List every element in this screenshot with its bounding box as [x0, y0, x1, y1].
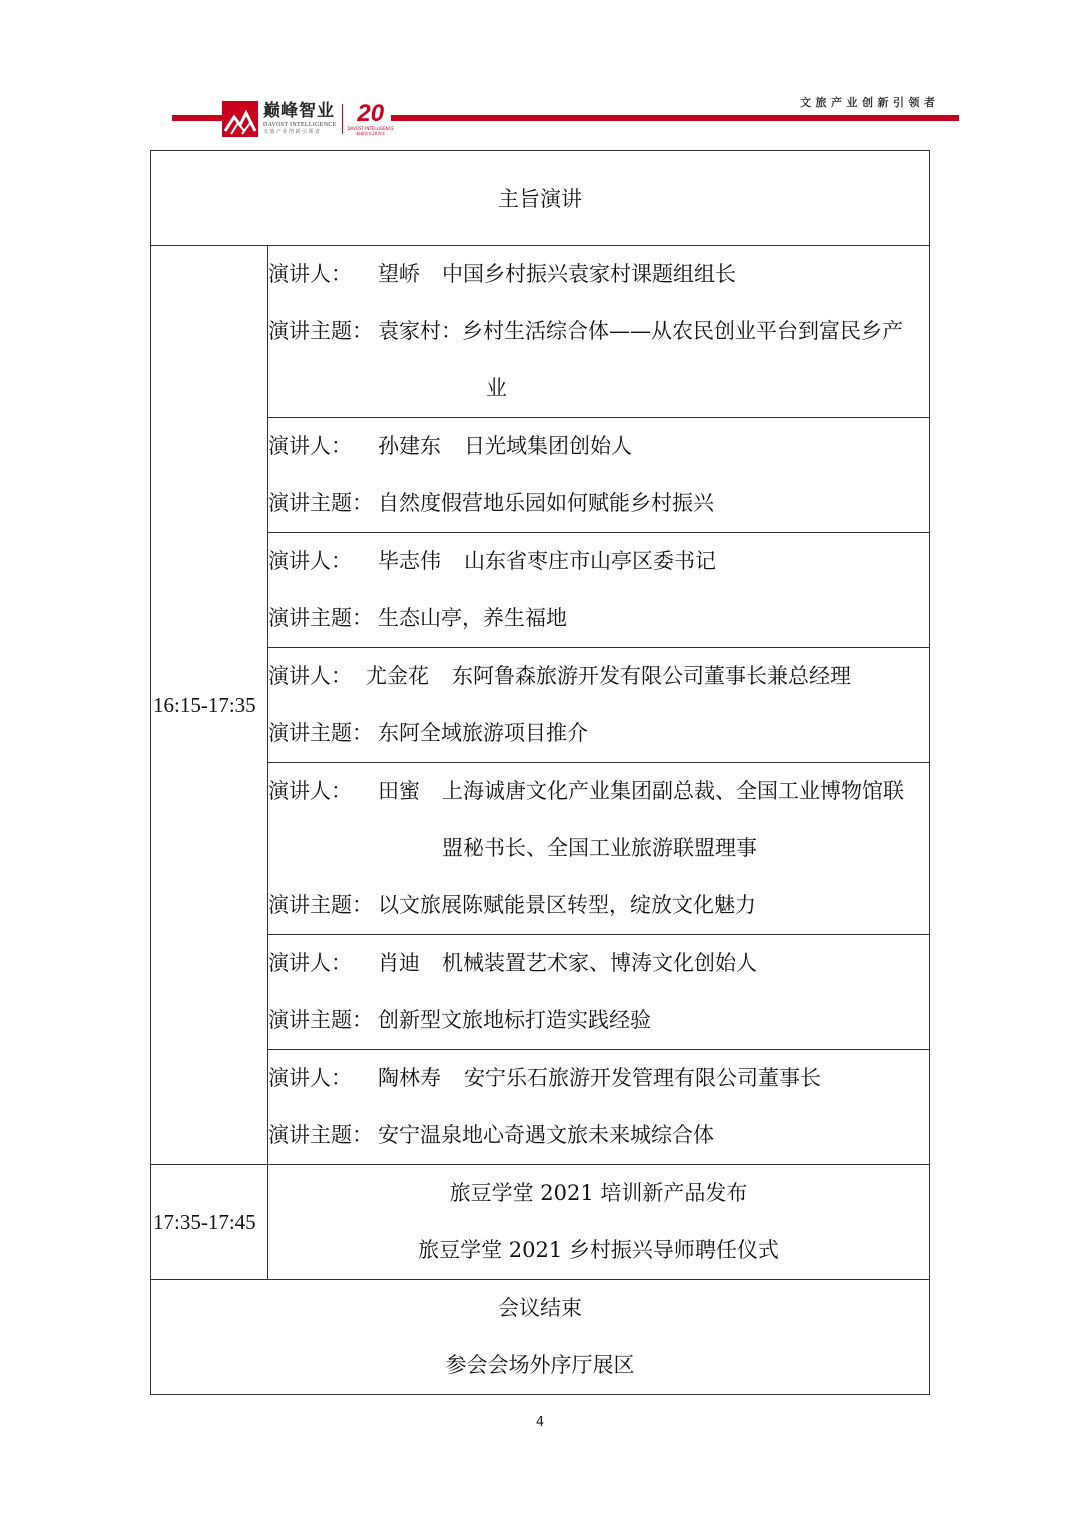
speaker-name: 望峤 — [378, 246, 442, 303]
speaker-name: 肖迪 — [378, 935, 442, 992]
table-row: 演讲人：肖迪机械装置艺术家、博涛文化创始人 演讲主题：创新型文旅地标打造实践经验 — [151, 935, 930, 1050]
header-rule-left — [172, 115, 224, 121]
session-3: 演讲人：毕志伟山东省枣庄市山亭区委书记 演讲主题：生态山亭，养生福地 — [268, 533, 930, 648]
speech-topic: 袁家村：乡村生活综合体——从农民创业平台到富民乡产 — [378, 303, 903, 360]
speech-topic: 自然度假营地乐园如何赋能乡村振兴 — [378, 475, 714, 532]
topic-label: 演讲主题： — [268, 590, 378, 647]
header-rule-right — [391, 115, 959, 121]
anniversary-sub-cn: 巅峰智业20周年 — [356, 131, 385, 136]
closing-cell: 会议结束 参会会场外序厅展区 — [151, 1280, 930, 1395]
speaker-title: 中国乡村振兴袁家村课题组组长 — [442, 246, 736, 303]
speaker-label: 演讲人： — [268, 763, 378, 820]
keynote-time: 16:15-17:35 — [151, 246, 268, 1165]
speaker-label: 演讲人： — [268, 246, 378, 303]
release-time: 17:35-17:45 — [151, 1165, 268, 1280]
speaker-label: 演讲人： — [268, 418, 378, 475]
topic-label: 演讲主题： — [268, 303, 378, 360]
session-7: 演讲人：陶林寿安宁乐石旅游开发管理有限公司董事长 演讲主题：安宁温泉地心奇遇文旅… — [268, 1050, 930, 1165]
speaker-title: 安宁乐石旅游开发管理有限公司董事长 — [464, 1050, 821, 1107]
speaker-label: 演讲人： — [268, 648, 366, 705]
table-row: 演讲人：毕志伟山东省枣庄市山亭区委书记 演讲主题：生态山亭，养生福地 — [151, 533, 930, 648]
speech-topic: 东阿全域旅游项目推介 — [378, 705, 588, 762]
table-row: 演讲人：陶林寿安宁乐石旅游开发管理有限公司董事长 演讲主题：安宁温泉地心奇遇文旅… — [151, 1050, 930, 1165]
logo-divider — [342, 104, 343, 134]
speech-topic-cont: 业 — [486, 360, 507, 417]
speech-topic: 安宁温泉地心奇遇文旅未来城综合体 — [378, 1107, 714, 1164]
session-4: 演讲人：尤金花东阿鲁森旅游开发有限公司董事长兼总经理 演讲主题：东阿全域旅游项目… — [268, 648, 930, 763]
table-row: 会议结束 参会会场外序厅展区 — [151, 1280, 930, 1395]
speaker-title: 日光域集团创始人 — [464, 418, 632, 475]
closing-line: 会议结束 — [151, 1280, 929, 1337]
topic-label: 演讲主题： — [268, 992, 378, 1049]
speaker-title-cont: 盟秘书长、全国工业旅游联盟理事 — [442, 820, 757, 877]
speaker-label: 演讲人： — [268, 935, 378, 992]
agenda-table: 主旨演讲 16:15-17:35 演讲人：望峤中国乡村振兴袁家村课题组组长 演讲… — [150, 150, 930, 1395]
logo-slogan: 文旅产业创新引领者 — [263, 129, 337, 136]
header-tagline: 文旅产业创新引领者 — [800, 94, 940, 110]
topic-label: 演讲主题： — [268, 705, 378, 762]
session-5: 演讲人：田蜜上海诚唐文化产业集团副总裁、全国工业博物馆联 盟秘书长、全国工业旅游… — [268, 763, 930, 935]
speaker-name: 田蜜 — [378, 763, 442, 820]
speaker-name: 孙建东 — [378, 418, 464, 475]
section-title-row: 主旨演讲 — [151, 151, 930, 246]
table-row: 17:35-17:45 旅豆学堂 2021 培训新产品发布 旅豆学堂 2021 … — [151, 1165, 930, 1280]
speaker-name: 毕志伟 — [378, 533, 464, 590]
topic-label: 演讲主题： — [268, 877, 378, 934]
topic-label: 演讲主题： — [268, 475, 378, 532]
page-number: 4 — [0, 1415, 1080, 1430]
release-item: 旅豆学堂 2021 乡村振兴导师聘任仪式 — [268, 1222, 929, 1279]
speaker-label: 演讲人： — [268, 533, 378, 590]
logo-chinese-name: 巅峰智业 — [263, 102, 337, 121]
speaker-label: 演讲人： — [268, 1050, 378, 1107]
speaker-name: 尤金花 — [366, 648, 452, 705]
speaker-name: 陶林寿 — [378, 1050, 464, 1107]
speech-topic: 生态山亭，养生福地 — [378, 590, 567, 647]
table-row: 演讲人：孙建东日光域集团创始人 演讲主题：自然度假营地乐园如何赋能乡村振兴 — [151, 418, 930, 533]
speaker-title: 机械装置艺术家、博涛文化创始人 — [442, 935, 757, 992]
speech-topic: 以文旅展陈赋能景区转型，绽放文化魅力 — [378, 877, 756, 934]
session-1: 演讲人：望峤中国乡村振兴袁家村课题组组长 演讲主题：袁家村：乡村生活综合体——从… — [268, 246, 930, 418]
session-6: 演讲人：肖迪机械装置艺术家、博涛文化创始人 演讲主题：创新型文旅地标打造实践经验 — [268, 935, 930, 1050]
speaker-title: 山东省枣庄市山亭区委书记 — [464, 533, 716, 590]
release-items: 旅豆学堂 2021 培训新产品发布 旅豆学堂 2021 乡村振兴导师聘任仪式 — [268, 1165, 930, 1280]
closing-line: 参会会场外序厅展区 — [151, 1337, 929, 1394]
anniversary-badge: 20 DAVOST INTELLIGENCE 巅峰智业20周年 — [348, 102, 394, 136]
logo-english-name: DAVOST INTELLIGENCE — [263, 121, 337, 129]
release-item: 旅豆学堂 2021 培训新产品发布 — [268, 1165, 929, 1222]
table-row: 演讲人：田蜜上海诚唐文化产业集团副总裁、全国工业博物馆联 盟秘书长、全国工业旅游… — [151, 763, 930, 935]
speech-topic: 创新型文旅地标打造实践经验 — [378, 992, 651, 1049]
speaker-title: 东阿鲁森旅游开发有限公司董事长兼总经理 — [452, 648, 851, 705]
company-logo: 巅峰智业 DAVOST INTELLIGENCE 文旅产业创新引领者 20 DA… — [222, 98, 394, 140]
section-title: 主旨演讲 — [151, 151, 930, 246]
table-row: 演讲人：尤金花东阿鲁森旅游开发有限公司董事长兼总经理 演讲主题：东阿全域旅游项目… — [151, 648, 930, 763]
table-row: 16:15-17:35 演讲人：望峤中国乡村振兴袁家村课题组组长 演讲主题：袁家… — [151, 246, 930, 418]
topic-label: 演讲主题： — [268, 1107, 378, 1164]
mountain-logo-icon — [222, 101, 258, 137]
speaker-title: 上海诚唐文化产业集团副总裁、全国工业博物馆联 — [442, 763, 904, 820]
anniversary-number: 20 — [357, 102, 384, 126]
session-2: 演讲人：孙建东日光域集团创始人 演讲主题：自然度假营地乐园如何赋能乡村振兴 — [268, 418, 930, 533]
